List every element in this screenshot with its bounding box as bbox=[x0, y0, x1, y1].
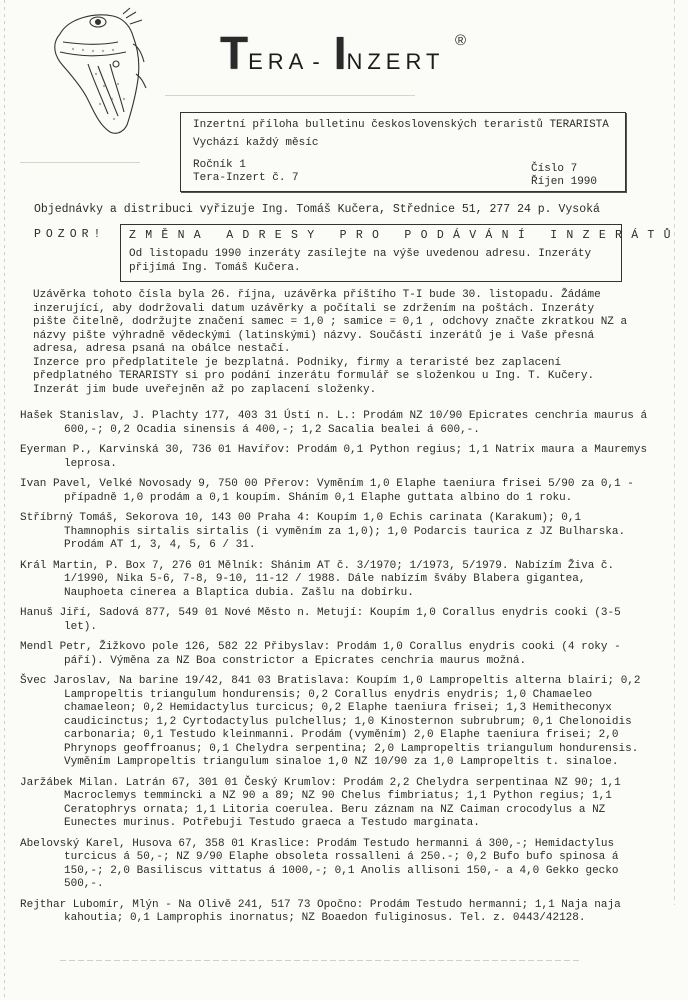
faint-rule bbox=[165, 95, 415, 96]
intro-text: Uzávěrka tohoto čísla byla 26. října, uz… bbox=[33, 289, 633, 397]
classified-ad: Abelovský Karel, Husova 67, 358 01 Krasl… bbox=[20, 838, 650, 892]
title-initial-t: T bbox=[220, 30, 248, 76]
intro-paragraph-pricing: Inzerce pro předplatitele je bezplatná. … bbox=[33, 357, 633, 398]
orders-contact-line: Objednávky a distribuci vyřizuje Ing. To… bbox=[34, 203, 600, 216]
masthead-title: TERA-INZERT bbox=[220, 30, 444, 76]
classified-ad: Jaržábek Milan. Latrán 67, 301 01 Český … bbox=[20, 777, 650, 831]
intro-paragraph-deadline: Uzávěrka tohoto čísla byla 26. října, uz… bbox=[33, 289, 633, 357]
classified-ads-list: Hašek Stanislav, J. Plachty 177, 403 31 … bbox=[20, 410, 650, 933]
title-separator: - bbox=[312, 49, 319, 74]
classified-ad: Hašek Stanislav, J. Plachty 177, 403 31 … bbox=[20, 410, 650, 437]
bottom-divider bbox=[60, 960, 580, 961]
classified-ad: Eyerman P., Karvinská 30, 736 01 Havířov… bbox=[20, 444, 650, 471]
issue-number: Číslo 7 bbox=[531, 163, 577, 175]
title-initial-i: I bbox=[334, 30, 347, 76]
notice-body: Od listopadu 1990 inzeráty zasílejte na … bbox=[129, 247, 619, 275]
classified-ad: Stříbrný Tomáš, Sekorova 10, 143 00 Prah… bbox=[20, 512, 650, 553]
notice-title: ZMĚNA ADRESY PRO PODÁVÁNÍ INZERÁTŮ ! bbox=[129, 229, 688, 242]
classified-ad: Rejthar Lubomír, Mlýn - Na Olivě 241, 51… bbox=[20, 899, 650, 926]
address-change-notice: ZMĚNA ADRESY PRO PODÁVÁNÍ INZERÁTŮ ! Od … bbox=[120, 224, 622, 282]
issue-reference: Tera-Inzert č. 7 bbox=[193, 172, 299, 184]
publication-subtitle: Inzertní příloha bulletinu československ… bbox=[193, 119, 609, 131]
faint-rule bbox=[20, 162, 140, 163]
title-rest-era: ERA bbox=[248, 49, 308, 74]
page-edge-right bbox=[674, 0, 675, 905]
registered-mark: ® bbox=[455, 32, 466, 49]
publication-frequency: Vychází každý měsíc bbox=[193, 137, 318, 149]
publication-info-box: Inzertní příloha bulletinu československ… bbox=[180, 112, 626, 192]
attention-label: POZOR! bbox=[34, 228, 105, 241]
issue-date: Říjen 1990 bbox=[531, 176, 597, 188]
page-edge-left bbox=[4, 0, 5, 1000]
lizard-head-icon bbox=[38, 4, 148, 144]
volume-label: Ročník 1 bbox=[193, 159, 246, 171]
classified-ad: Švec Jaroslav, Na barine 19/42, 841 03 B… bbox=[20, 675, 650, 770]
classified-ad: Mendl Petr, Žižkovo pole 126, 582 22 Při… bbox=[20, 641, 650, 668]
classified-ad: Hanuš Jiří, Sadová 877, 549 01 Nové Měst… bbox=[20, 607, 650, 634]
classified-ad: Král Martin, P. Box 7, 276 01 Mělník: Sh… bbox=[20, 560, 650, 601]
classified-ad: Ivan Pavel, Velké Novosady 9, 750 00 Pře… bbox=[20, 478, 650, 505]
title-rest-nzert: NZERT bbox=[346, 49, 444, 74]
